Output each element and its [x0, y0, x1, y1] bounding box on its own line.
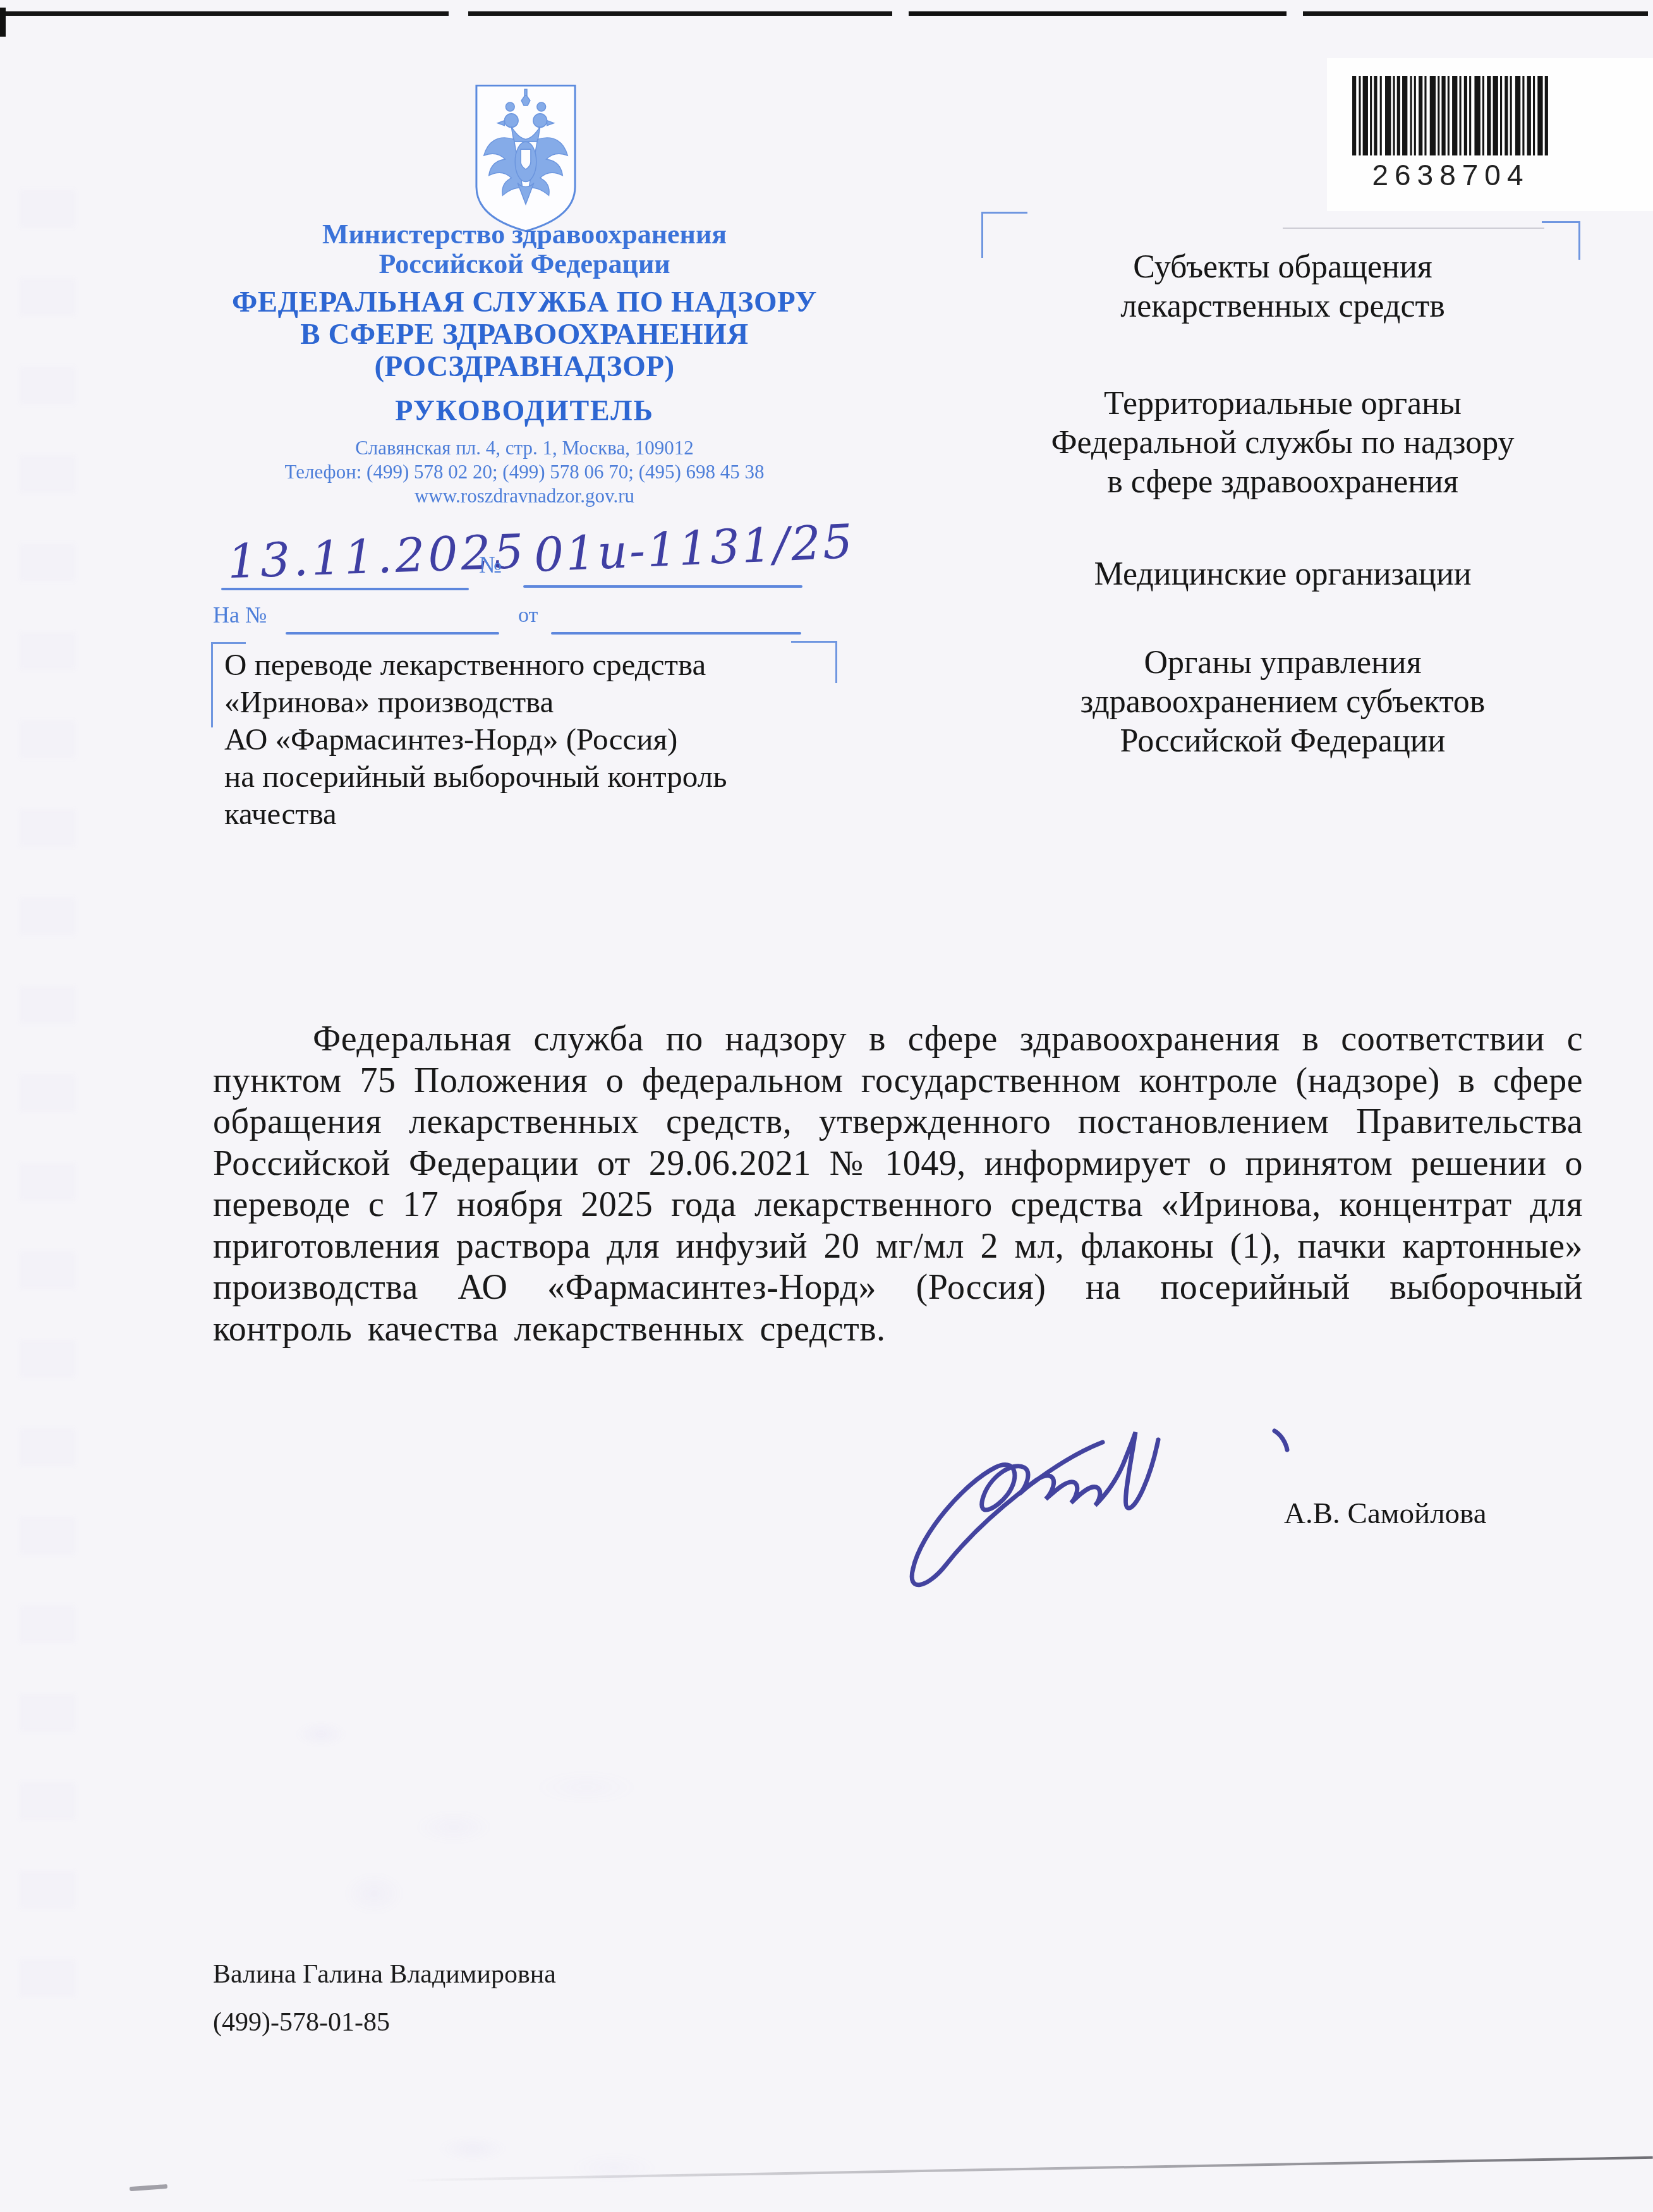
recipient-line: Российской Федерации — [986, 722, 1580, 761]
recipient-line: лекарственных средств — [986, 287, 1580, 326]
subject-line: на посерийный выборочный контроль — [224, 758, 863, 795]
scan-left-edge-mark — [0, 8, 6, 37]
number-sign: № — [479, 551, 502, 579]
scan-ghost-noise — [366, 2111, 720, 2206]
subject-line: качества — [224, 795, 863, 832]
recipient-line: Органы управления — [986, 643, 1580, 683]
from-label: от — [518, 604, 538, 628]
recipient-line: Медицинские организации — [986, 555, 1580, 594]
address-line: Славянская пл. 4, стр. 1, Москва, 109012 — [171, 436, 878, 460]
contact-block: Славянская пл. 4, стр. 1, Москва, 109012… — [171, 436, 878, 508]
subject-block: О переводе лекарственного средства «Ирин… — [224, 646, 863, 832]
service-line: ФЕДЕРАЛЬНАЯ СЛУЖБА ПО НАДЗОРУ — [171, 286, 878, 319]
executor-phone: (499)-578-01-85 — [213, 2007, 390, 2038]
position-title: РУКОВОДИТЕЛЬ — [209, 394, 840, 427]
service-line: (РОСЗДРАВНАДЗОР) — [171, 351, 878, 383]
recipient-block: Субъекты обращения лекарственных средств — [986, 248, 1580, 326]
subject-line: АО «Фармасинтез-Норд» (Россия) — [224, 720, 863, 758]
signer-name: А.В. Самойлова — [1284, 1497, 1613, 1531]
date-underline — [221, 588, 469, 590]
recipient-block: Медицинские организации — [986, 555, 1580, 594]
ministry-name: Министерство здравоохранения Российской … — [209, 219, 840, 279]
service-line: В СФЕРЕ ЗДРАВООХРАНЕНИЯ — [171, 319, 878, 351]
state-emblem-icon — [473, 81, 579, 236]
recipient-block: Органы управления здравоохранением субъе… — [986, 643, 1580, 761]
scan-ghost-noise — [215, 1681, 746, 1947]
scan-smudge — [130, 2184, 167, 2191]
website-line: www.roszdravnadzor.gov.ru — [171, 484, 878, 508]
subject-line: О переводе лекарственного средства — [224, 646, 863, 683]
body-paragraph: Федеральная служба по надзору в сфере зд… — [213, 1019, 1583, 1350]
service-name: ФЕДЕРАЛЬНАЯ СЛУЖБА ПО НАДЗОРУ В СФЕРЕ ЗД… — [171, 286, 878, 383]
reply-to-label: На № — [213, 602, 267, 628]
barcode-label: 2638704 — [1327, 58, 1653, 211]
scan-top-edge-line — [5, 11, 1648, 16]
recipient-line: здравоохранением субъектов — [986, 683, 1580, 722]
recipient-line: в сфере здравоохранения — [986, 463, 1580, 502]
phone-line: Телефон: (499) 578 02 20; (499) 578 06 7… — [171, 460, 878, 484]
recipient-line: Территориальные органы — [986, 384, 1580, 423]
subject-line: «Иринова» производства — [224, 683, 863, 720]
recipient-line: Федеральной службы по надзору — [986, 423, 1580, 463]
ministry-line: Министерство здравоохранения — [209, 219, 840, 249]
reply-date-underline — [551, 632, 801, 635]
recipient-block: Территориальные органы Федеральной служб… — [986, 384, 1580, 502]
signature-scribble-icon — [888, 1422, 1305, 1605]
overlay-sheet-edge — [1283, 228, 1544, 229]
reply-number-underline — [286, 632, 499, 635]
reg-number-handwritten: 01и-1131/25 — [533, 514, 856, 583]
barcode-icon — [1352, 76, 1549, 155]
recipient-line: Субъекты обращения — [986, 248, 1580, 287]
executor-name: Валина Галина Владимировна — [213, 1959, 556, 1990]
barcode-number: 2638704 — [1352, 158, 1549, 192]
scanned-letter-page: 2638704 — [0, 0, 1653, 2212]
number-underline — [523, 585, 802, 588]
scan-ghost-noise — [19, 190, 76, 2022]
ministry-line: Российской Федерации — [209, 249, 840, 279]
